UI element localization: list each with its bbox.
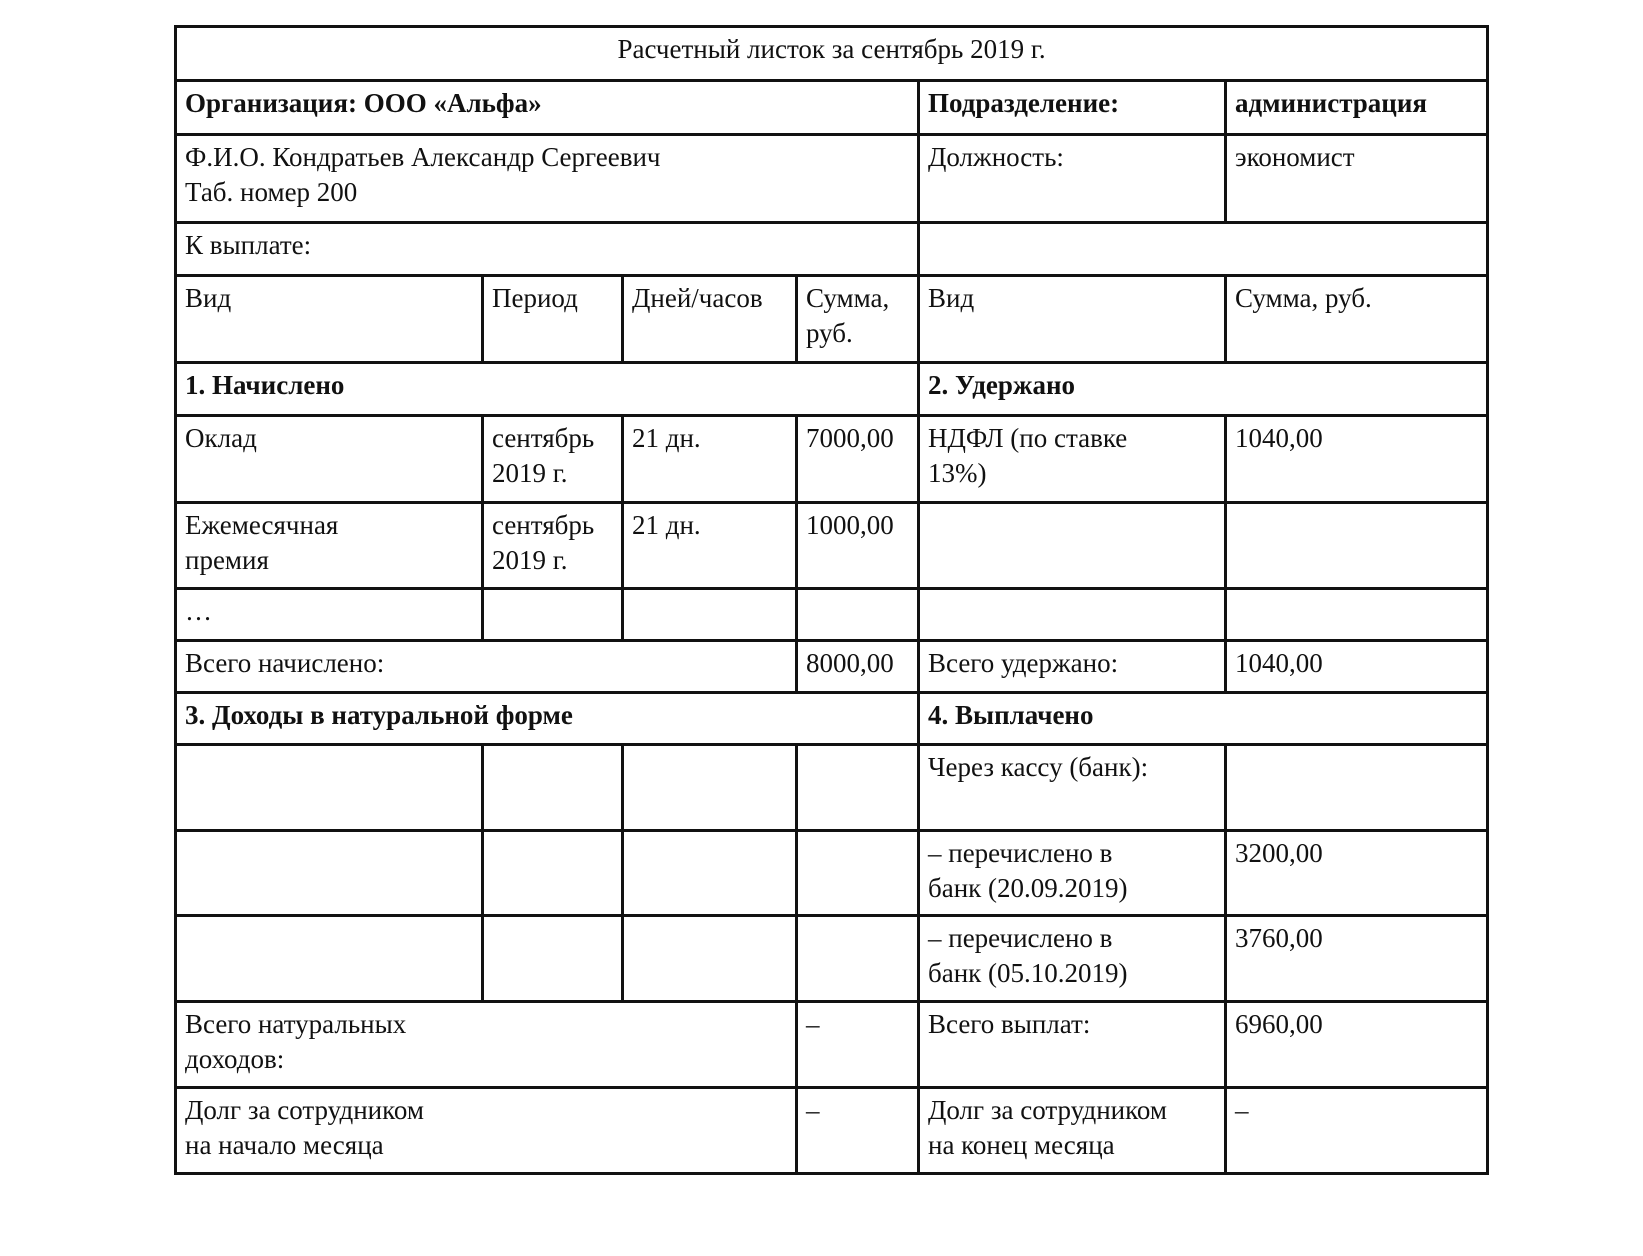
withheld-total-label: Всего удержано: [919,641,1226,693]
in-kind-amount [797,831,919,916]
accrued-total-value: 8000,00 [797,641,919,693]
section-accrued-title: 1. Начислено [176,363,919,416]
column-header-days: Дней/часов [623,276,797,363]
withheld-kind: НДФЛ (по ставке 13%) [919,416,1226,503]
column-header-period: Период [483,276,623,363]
column-header-kind: Вид [176,276,483,363]
accrued-kind: … [176,589,483,641]
withheld-amount [1226,589,1488,641]
in-kind-period [483,831,623,916]
column-header-kind-right: Вид [919,276,1226,363]
table-row: … [176,589,1488,641]
section-in-kind-title: 3. Доходы в натуральной форме [176,693,919,745]
in-kind-amount [797,745,919,831]
in-kind-kind [176,831,483,916]
employee-name: Ф.И.О. Кондратьев Александр Сергеевич [185,140,909,175]
column-header-amount: Сумма, руб. [797,276,919,363]
position-value: экономист [1226,135,1488,223]
in-kind-kind [176,745,483,831]
department-value: администрация [1226,81,1488,135]
in-kind-period [483,745,623,831]
accrued-amount: 1000,00 [797,503,919,589]
accrued-kind: Ежемесячная премия [176,503,483,589]
accrued-days: 21 дн. [623,503,797,589]
in-kind-total-value: – [797,1002,919,1088]
paid-amount: 3200,00 [1226,831,1488,916]
employee-info: Ф.И.О. Кондратьев Александр Сергеевич Та… [176,135,919,223]
in-kind-amount [797,916,919,1002]
in-kind-period [483,916,623,1002]
department-label: Подразделение: [919,81,1226,135]
paid-total-value: 6960,00 [1226,1002,1488,1088]
paid-kind: – перечислено в банк (20.09.2019) [919,831,1226,916]
table-row: Ежемесячная премия сентябрь 2019 г. 21 д… [176,503,1488,589]
in-kind-days [623,831,797,916]
withheld-total-value: 1040,00 [1226,641,1488,693]
table-row: Через кассу (банк): [176,745,1488,831]
debt-start-value: – [797,1088,919,1174]
table-row: Оклад сентябрь 2019 г. 21 дн. 7000,00 НД… [176,416,1488,503]
accrued-total-label: Всего начислено: [176,641,797,693]
in-kind-days [623,745,797,831]
column-header-amount-right: Сумма, руб. [1226,276,1488,363]
debt-end-label: Долг за сотрудником на конец месяца [919,1088,1226,1174]
withheld-amount: 1040,00 [1226,416,1488,503]
position-label: Должность: [919,135,1226,223]
to-pay-value [919,223,1488,276]
accrued-amount [797,589,919,641]
paid-total-label: Всего выплат: [919,1002,1226,1088]
debt-end-value: – [1226,1088,1488,1174]
payslip-table: Расчетный листок за сентябрь 2019 г. Орг… [174,25,1489,1175]
withheld-kind [919,503,1226,589]
payslip-title: Расчетный листок за сентябрь 2019 г. [176,27,1488,81]
accrued-period [483,589,623,641]
organization: Организация: ООО «Альфа» [176,81,919,135]
withheld-amount [1226,503,1488,589]
accrued-period: сентябрь 2019 г. [483,503,623,589]
in-kind-total-label: Всего натуральных доходов: [176,1002,797,1088]
paid-kind: Через кассу (банк): [919,745,1226,831]
accrued-amount: 7000,00 [797,416,919,503]
accrued-kind: Оклад [176,416,483,503]
employee-tab-number: Таб. номер 200 [185,175,909,210]
withheld-kind [919,589,1226,641]
accrued-days [623,589,797,641]
debt-start-label: Долг за сотрудником на начало месяца [176,1088,797,1174]
paid-amount: 3760,00 [1226,916,1488,1002]
to-pay-label: К выплате: [176,223,919,276]
accrued-period: сентябрь 2019 г. [483,416,623,503]
section-paid-title: 4. Выплачено [919,693,1488,745]
table-row: – перечислено в банк (20.09.2019) 3200,0… [176,831,1488,916]
paid-amount [1226,745,1488,831]
table-row: – перечислено в банк (05.10.2019) 3760,0… [176,916,1488,1002]
section-withheld-title: 2. Удержано [919,363,1488,416]
accrued-days: 21 дн. [623,416,797,503]
in-kind-kind [176,916,483,1002]
in-kind-days [623,916,797,1002]
paid-kind: – перечислено в банк (05.10.2019) [919,916,1226,1002]
